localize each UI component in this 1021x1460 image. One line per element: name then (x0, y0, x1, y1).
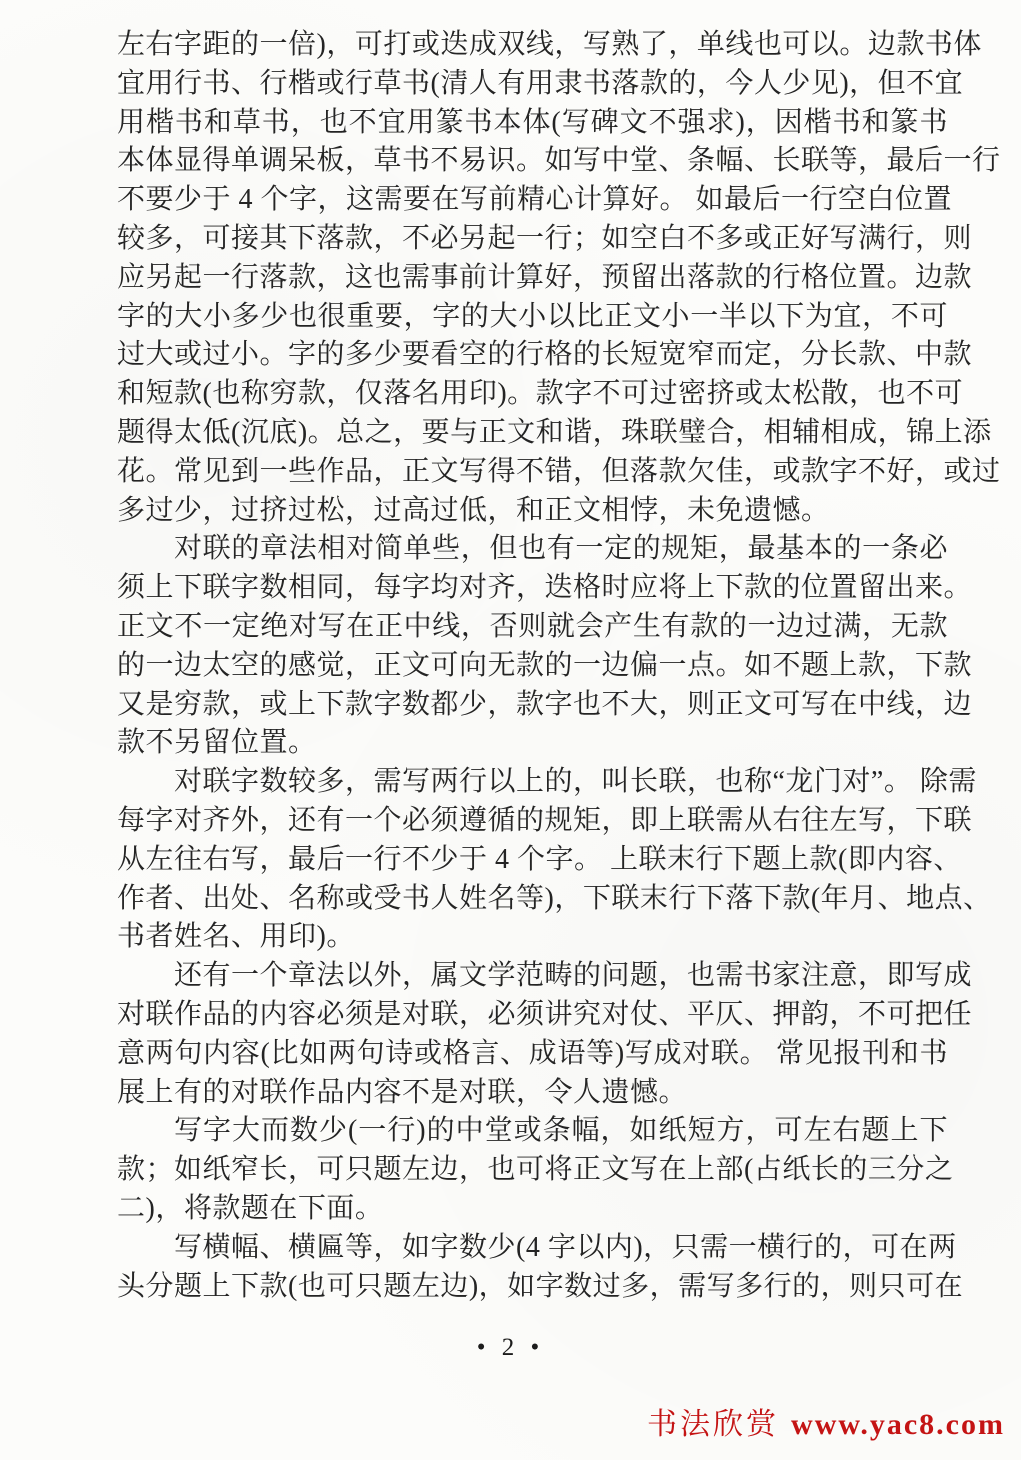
text-line: 应另起一行落款，这也需事前计算好，预留出落款的行格位置。边款 (117, 259, 948, 298)
watermark-site-name: 书法欣赏 (647, 1399, 779, 1443)
text-line: 的一边太空的感觉，正文可向无款的一边偏一点。如不题上款，下款 (117, 647, 948, 686)
text-line: 不要少于 4 个字，这需要在写前精心计算好。 如最后一行空白位置 (117, 181, 948, 220)
text-line: 多过少，过挤过松，过高过低，和正文相悖，未免遗憾。 (117, 492, 948, 531)
watermark-url: www.yac8.com (791, 1408, 1005, 1442)
document-text: 左右字距的一倍)，可打或迭成双线，写熟了，单线也可以。边款书体宜用行书、行楷或行… (117, 26, 948, 1306)
text-line: 展上有的对联作品内容不是对联，令人遗憾。 (117, 1074, 948, 1113)
text-line: 从左往右写，最后一行不少于 4 个字。 上联末行下题上款(即内容、 (117, 841, 948, 880)
text-line: 对联字数较多，需写两行以上的，叫长联，也称“龙门对”。 除需 (117, 763, 948, 802)
text-line: 写字大而数少(一行)的中堂或条幅，如纸短方，可左右题上下 (117, 1112, 948, 1151)
page-number: • 2 • (0, 1334, 1021, 1362)
text-line: 用楷书和草书，也不宜用篆书本体(写碑文不强求)，因楷书和篆书 (117, 104, 948, 143)
text-line: 二)，将款题在下面。 (117, 1190, 948, 1229)
text-line: 书者姓名、用印)。 (117, 918, 948, 957)
text-line: 还有一个章法以外，属文学范畴的问题，也需书家注意，即写成 (117, 957, 948, 996)
site-watermark: 书法欣赏 www.yac8.com (647, 1399, 1005, 1443)
text-line: 较多，可接其下落款，不必另起一行；如空白不多或正好写满行，则 (117, 220, 948, 259)
text-line: 每字对齐外，还有一个必须遵循的规矩，即上联需从右往左写，下联 (117, 802, 948, 841)
text-line: 正文不一定绝对写在正中线，否则就会产生有款的一边过满，无款 (117, 608, 948, 647)
text-line: 花。常见到一些作品，正文写得不错，但落款欠佳，或款字不好，或过 (117, 453, 948, 492)
text-line: 和短款(也称穷款，仅落名用印)。款字不可过密挤或太松散，也不可 (117, 375, 948, 414)
text-line: 意两句内容(比如两句诗或格言、成语等)写成对联。 常见报刊和书 (117, 1035, 948, 1074)
text-line: 题得太低(沉底)。总之，要与正文和谐，珠联璧合，相辅相成，锦上添 (117, 414, 948, 453)
text-line: 宜用行书、行楷或行草书(清人有用隶书落款的，今人少见)，但不宜 (117, 65, 948, 104)
text-line: 又是穷款，或上下款字数都少，款字也不大，则正文可写在中线，边 (117, 686, 948, 725)
text-line: 款；如纸窄长，可只题左边，也可将正文写在上部(占纸长的三分之 (117, 1151, 948, 1190)
text-line: 左右字距的一倍)，可打或迭成双线，写熟了，单线也可以。边款书体 (117, 26, 948, 65)
scanned-book-page: 左右字距的一倍)，可打或迭成双线，写熟了，单线也可以。边款书体宜用行书、行楷或行… (0, 0, 1021, 1460)
text-line: 款不另留位置。 (117, 724, 948, 763)
text-line: 头分题上下款(也可只题左边)，如字数过多，需写多行的，则只可在 (117, 1268, 948, 1307)
text-line: 对联的章法相对简单些，但也有一定的规矩，最基本的一条必 (117, 530, 948, 569)
text-line: 作者、出处、名称或受书人姓名等)，下联末行下落下款(年月、地点、 (117, 880, 948, 919)
text-line: 须上下联字数相同，每字均对齐，迭格时应将上下款的位置留出来。 (117, 569, 948, 608)
text-line: 过大或过小。字的多少要看空的行格的长短宽窄而定，分长款、中款 (117, 336, 948, 375)
text-line: 对联作品的内容必须是对联，必须讲究对仗、平仄、押韵，不可把任 (117, 996, 948, 1035)
text-line: 本体显得单调呆板，草书不易识。如写中堂、条幅、长联等，最后一行 (117, 142, 948, 181)
text-line: 字的大小多少也很重要，字的大小以比正文小一半以下为宜，不可 (117, 298, 948, 337)
text-line: 写横幅、横匾等，如字数少(4 字以内)，只需一横行的，可在两 (117, 1229, 948, 1268)
